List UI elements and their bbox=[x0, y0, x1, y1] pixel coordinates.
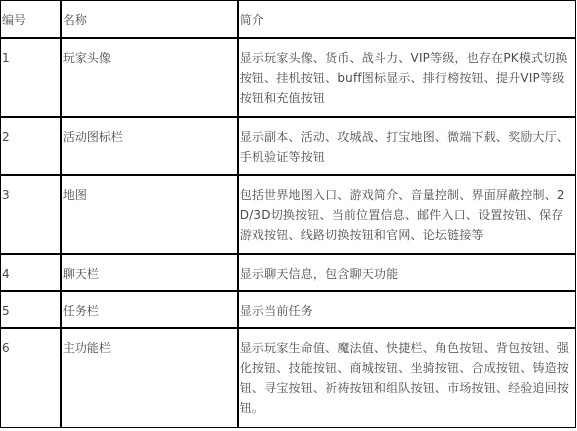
table-header-row: 编号 名称 简介 bbox=[1, 1, 576, 38]
cell-name: 玩家头像 bbox=[61, 38, 238, 117]
header-name: 名称 bbox=[61, 1, 238, 38]
table-row: 2 活动图标栏 显示副本、活动、攻城战、打宝地图、微端下载、奖励大厅、手机验证等… bbox=[1, 117, 576, 175]
cell-name: 任务栏 bbox=[61, 291, 238, 328]
header-number: 编号 bbox=[1, 1, 61, 38]
table-row: 6 主功能栏 显示玩家生命值、魔法值、快捷栏、角色按钮、背包按钮、强化按钮、技能… bbox=[1, 328, 576, 427]
cell-number: 5 bbox=[1, 291, 61, 328]
table-row: 5 任务栏 显示当前任务 bbox=[1, 291, 576, 328]
cell-name: 聊天栏 bbox=[61, 254, 238, 291]
cell-number: 4 bbox=[1, 254, 61, 291]
cell-description: 显示玩家生命值、魔法值、快捷栏、角色按钮、背包按钮、强化按钮、技能按钮、商城按钮… bbox=[238, 328, 576, 427]
cell-name: 活动图标栏 bbox=[61, 117, 238, 175]
table-row: 1 玩家头像 显示玩家头像、货币、战斗力、VIP等级，也存在PK模式切换按钮、挂… bbox=[1, 38, 576, 117]
ui-description-table: 编号 名称 简介 1 玩家头像 显示玩家头像、货币、战斗力、VIP等级，也存在P… bbox=[0, 0, 576, 428]
cell-number: 3 bbox=[1, 175, 61, 254]
cell-name: 地图 bbox=[61, 175, 238, 254]
cell-number: 1 bbox=[1, 38, 61, 117]
header-description: 简介 bbox=[238, 1, 576, 38]
cell-description: 显示当前任务 bbox=[238, 291, 576, 328]
cell-number: 6 bbox=[1, 328, 61, 427]
table-row: 4 聊天栏 显示聊天信息，包含聊天功能 bbox=[1, 254, 576, 291]
cell-description: 显示聊天信息，包含聊天功能 bbox=[238, 254, 576, 291]
cell-description: 显示副本、活动、攻城战、打宝地图、微端下载、奖励大厅、手机验证等按钮 bbox=[238, 117, 576, 175]
cell-description: 显示玩家头像、货币、战斗力、VIP等级，也存在PK模式切换按钮、挂机按钮、buf… bbox=[238, 38, 576, 117]
cell-name: 主功能栏 bbox=[61, 328, 238, 427]
cell-description: 包括世界地图入口、游戏简介、音量控制、界面屏蔽控制、2D/3D切换按钮、当前位置… bbox=[238, 175, 576, 254]
table-row: 3 地图 包括世界地图入口、游戏简介、音量控制、界面屏蔽控制、2D/3D切换按钮… bbox=[1, 175, 576, 254]
cell-number: 2 bbox=[1, 117, 61, 175]
